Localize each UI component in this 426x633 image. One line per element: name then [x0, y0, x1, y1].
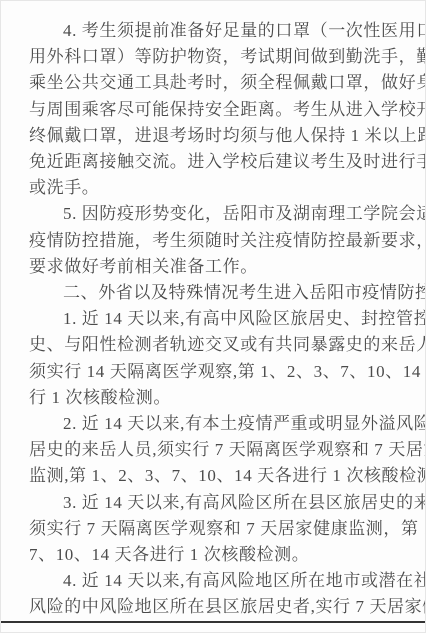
text-line: 2. 近 14 天以来,有本土疫情严重或明显外溢风险市州旅 — [29, 411, 397, 437]
text-line: 须实行 7 天隔离医学观察和 7 天居家健康监测，第 1、2、3、 — [29, 516, 397, 542]
text-line: 与周围乘客尽可能保持安全距离。考生从进入学校开始须始 — [29, 97, 397, 123]
text-line: 免近距离接触交流。进入学校后建议考生及时进行手部消毒 — [29, 149, 397, 175]
text-line: 用外科口罩）等防护物资，考试期间做到勤洗手，勤消毒。 — [29, 44, 397, 70]
text-line: 史、与阳性检测者轨迹交叉或有共同暴露史的来岳人员，均 — [29, 332, 397, 358]
text-line: 4. 近 14 天以来,有高风险地区所在地市或潜在社区传播 — [29, 568, 397, 594]
document-text-block: 4. 考生须提前准备好足量的口罩（一次性医用口罩或医用外科口罩）等防护物资，考试… — [29, 18, 397, 621]
text-line: 终佩戴口罩，进退考场时均须与他人保持 1 米以上距离，避 — [29, 123, 397, 149]
text-line: 行 1 次核酸检测。 — [29, 385, 397, 411]
text-line: 风险的中风险地区所在县区旅居史者,实行 7 天居家健康监 — [29, 594, 397, 620]
text-line: 疫情防控措施，考生须随时关注疫情防控最新要求，提前按 — [29, 228, 397, 254]
text-line: 监测,第 1、2、3、7、10、14 天各进行 1 次核酸检测。 — [29, 463, 397, 489]
section-heading: 二、外省以及特殊情况考生进入岳阳市疫情防控规定 — [29, 280, 397, 306]
text-line: 1. 近 14 天以来,有高中风险区旅居史、封控管控区旅居 — [29, 306, 397, 332]
text-line: 居史的来岳人员,须实行 7 天隔离医学观察和 7 天居家健康 — [29, 437, 397, 463]
text-line: 3. 近 14 天以来,有高风险区所在县区旅居史的来岳人员， — [29, 490, 397, 516]
document-page: 4. 考生须提前准备好足量的口罩（一次性医用口罩或医用外科口罩）等防护物资，考试… — [0, 0, 426, 633]
text-line: 乘坐公共交通工具赴考时，须全程佩戴口罩，做好身体防护， — [29, 70, 397, 96]
text-line: 须实行 14 天隔离医学观察,第 1、2、3、7、10、14 天各进 — [29, 359, 397, 385]
text-line: 5. 因防疫形势变化，岳阳市及湖南理工学院会适时调整 — [29, 201, 397, 227]
text-line: 4. 考生须提前准备好足量的口罩（一次性医用口罩或医 — [29, 18, 397, 44]
text-line: 7、10、14 天各进行 1 次核酸检测。 — [29, 542, 397, 568]
bottom-edge-rule — [1, 621, 425, 623]
text-line: 或洗手。 — [29, 175, 397, 201]
text-line: 要求做好考前相关准备工作。 — [29, 254, 397, 280]
